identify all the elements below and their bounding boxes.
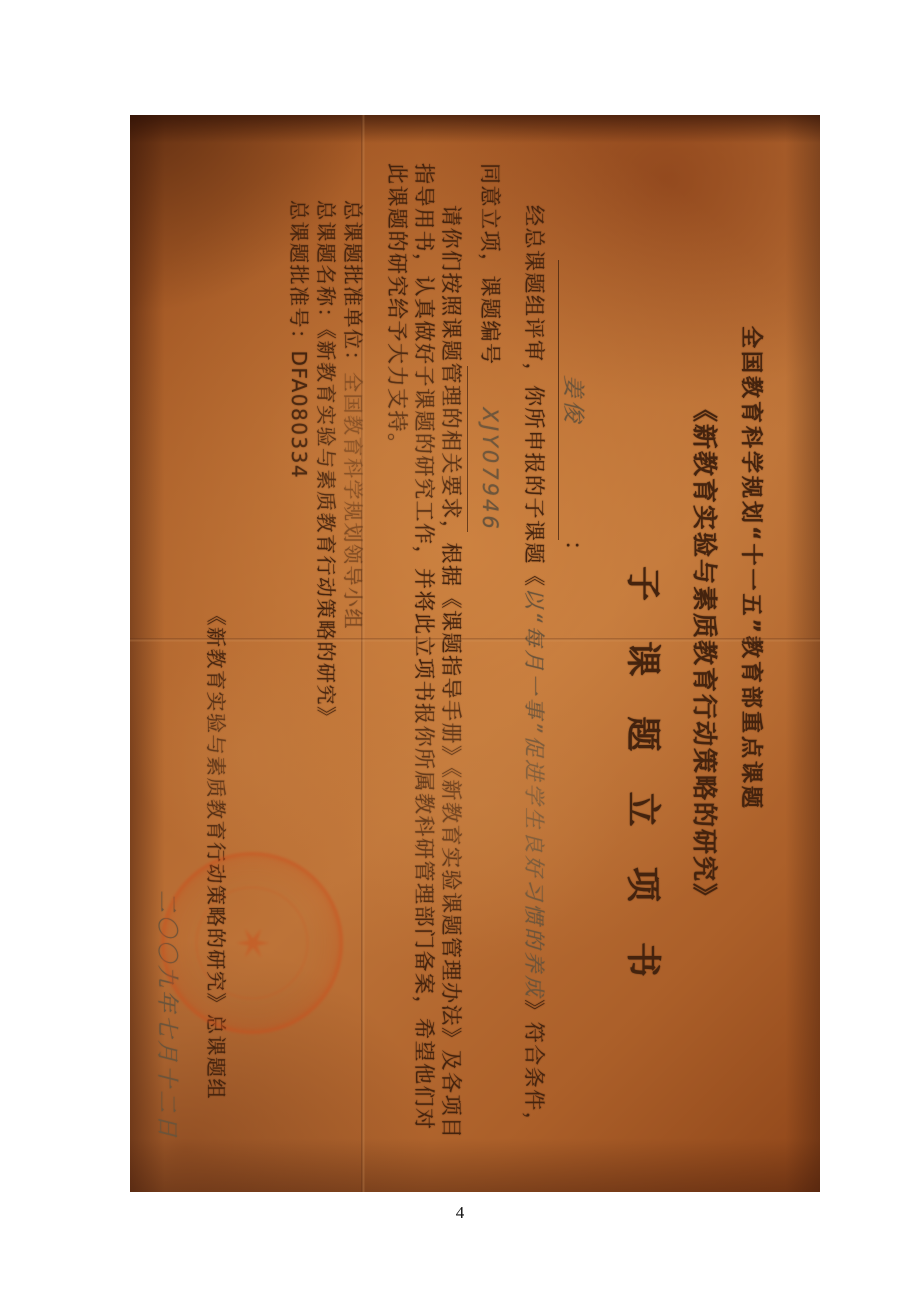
recipient-handwritten-name: 姜俊 — [560, 375, 585, 425]
body-paragraph-1: 经总课题组评审，你所申报的子课题《以“每月一事”促进学生良好习惯的养成》符合条件… — [467, 115, 556, 1192]
project-name-line: 总课题名称：《新教育实验与素质教育行动策略的研究》 — [312, 200, 339, 1192]
red-seal-stamp-icon: ✶ — [161, 852, 343, 1034]
recipient-line: 姜俊： — [558, 115, 590, 1192]
recipient-blank-line: 姜俊 — [558, 260, 590, 540]
document-content: 全国教育科学规划“十一五”教育部重点课题 《新教育实验与素质教育行动策略的研究》… — [130, 115, 820, 1192]
project-name-value: 《新教育实验与素质教育行动策略的研究》 — [314, 329, 338, 728]
recipient-colon: ： — [560, 540, 585, 562]
approver-line: 总课题批准单位：全国教育科学规划领导小组 — [339, 200, 366, 1192]
scanned-document-photo: 全国教育科学规划“十一五”教育部重点课题 《新教育实验与素质教育行动策略的研究》… — [130, 115, 820, 1192]
document-title: 子 课 题 立 项 书 — [620, 115, 670, 1192]
project-name-label: 总课题名称： — [314, 200, 338, 329]
handwritten-project-number: XJY07946 — [478, 408, 502, 532]
body-paragraph-2: 请你们按照课题管理的相关要求，根据《课题指导手册》《新教育实验课题管理办法》及各… — [383, 115, 464, 1192]
approval-info-block: 总课题批准单位：全国教育科学规划领导小组 总课题名称：《新教育实验与素质教育行动… — [285, 115, 366, 1192]
approval-number-value: DFA080334 — [287, 351, 311, 480]
seal-star-icon: ✶ — [196, 887, 308, 999]
handwritten-date-line: 二〇〇九年七月十二日 — [153, 115, 184, 1192]
project-title-line: 《新教育实验与素质教育行动策略的研究》 — [688, 115, 724, 1192]
handwritten-subproject-title: 以“每月一事”促进学生良好习惯的养成 — [522, 588, 546, 1000]
approval-number-line: 总课题批准号：DFA080334 — [285, 200, 312, 1192]
project-number-blank-line: XJY07946 — [467, 366, 512, 532]
paragraph1-prefix: 经总课题组评审，你所申报的子课题《 — [522, 205, 546, 588]
approver-label: 总课题批准单位： — [341, 200, 365, 372]
document-header-line: 全国教育科学规划“十一五”教育部重点课题 — [737, 115, 768, 1192]
page-number: 4 — [0, 1203, 920, 1223]
approval-number-label: 总课题批准号： — [287, 200, 311, 351]
approver-value: 全国教育科学规划领导小组 — [341, 372, 365, 630]
